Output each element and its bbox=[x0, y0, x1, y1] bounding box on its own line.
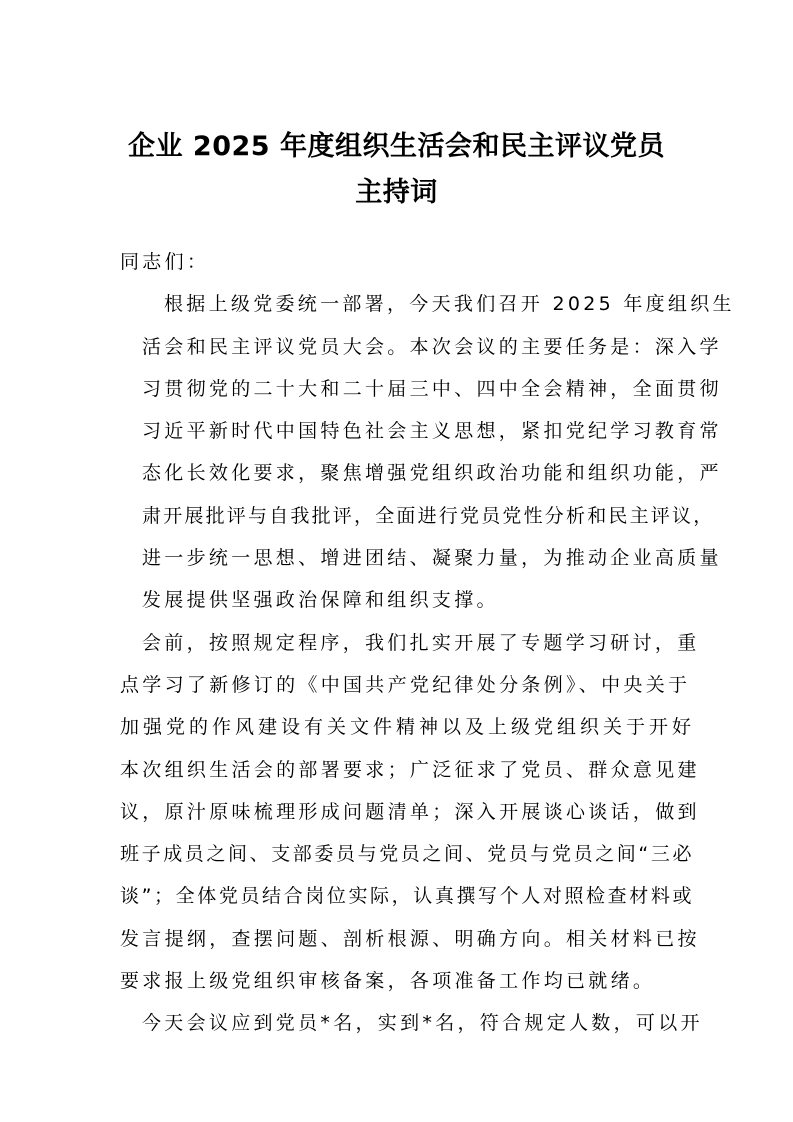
paragraph-line: 谈”；全体党员结合岗位实际，认真撰写个人对照检查材料或 bbox=[120, 875, 682, 917]
document-page: 企业 2025 年度组织生活会和民主评议党员 主持词 同志们： 根据上级党委统一… bbox=[0, 0, 793, 1122]
paragraph-line: 习贯彻党的二十大和二十届三中、四中全会精神，全面贯彻 bbox=[120, 368, 682, 410]
paragraph-line: 习近平新时代中国特色社会主义思想，紧扣党纪学习教育常 bbox=[120, 410, 682, 452]
title-line-1: 企业 2025 年度组织生活会和民主评议党员 bbox=[110, 124, 683, 170]
paragraph-line: 进一步统一思想、增进团结、凝聚力量，为推动企业高质量 bbox=[120, 537, 682, 579]
document-title: 企业 2025 年度组织生活会和民主评议党员 主持词 bbox=[110, 124, 683, 216]
paragraph-line: 班子成员之间、支部委员与党员之间、党员与党员之间“三必 bbox=[120, 833, 682, 875]
salutation-text: 同志们： bbox=[120, 241, 682, 283]
document-body: 同志们： 根据上级党委统一部署，今天我们召开 2025 年度组织生 活会和民主评… bbox=[120, 241, 682, 1045]
paragraph-line: 根据上级党委统一部署，今天我们召开 2025 年度组织生 bbox=[120, 283, 682, 325]
paragraph-2: 会前，按照规定程序，我们扎实开展了专题学习研讨，重 点学习了新修订的《中国共产党… bbox=[120, 622, 682, 1003]
paragraph-line: 态化长效化要求，聚焦增强党组织政治功能和组织功能，严 bbox=[120, 452, 682, 494]
paragraph-line: 要求报上级党组织审核备案，各项准备工作均已就绪。 bbox=[120, 960, 682, 1002]
paragraph-line: 加强党的作风建设有关文件精神以及上级党组织关于开好 bbox=[120, 706, 682, 748]
paragraph-1: 根据上级党委统一部署，今天我们召开 2025 年度组织生 活会和民主评议党员大会… bbox=[120, 283, 682, 621]
paragraph-3: 今天会议应到党员*名，实到*名，符合规定人数，可以开 bbox=[120, 1002, 682, 1044]
paragraph-line: 点学习了新修订的《中国共产党纪律处分条例》、中央关于 bbox=[120, 664, 682, 706]
paragraph-line: 肃开展批评与自我批评，全面进行党员党性分析和民主评议， bbox=[120, 495, 682, 537]
title-line-2: 主持词 bbox=[110, 170, 683, 216]
paragraph-line: 会前，按照规定程序，我们扎实开展了专题学习研讨，重 bbox=[120, 622, 682, 664]
paragraph-line: 今天会议应到党员*名，实到*名，符合规定人数，可以开 bbox=[120, 1002, 682, 1044]
paragraph-line: 发展提供坚强政治保障和组织支撑。 bbox=[120, 579, 682, 621]
paragraph-line: 本次组织生活会的部署要求；广泛征求了党员、群众意见建 bbox=[120, 749, 682, 791]
paragraph-line: 发言提纲，查摆问题、剖析根源、明确方向。相关材料已按 bbox=[120, 918, 682, 960]
salutation: 同志们： bbox=[120, 241, 682, 283]
paragraph-line: 活会和民主评议党员大会。本次会议的主要任务是：深入学 bbox=[120, 326, 682, 368]
paragraph-line: 议，原汁原味梳理形成问题清单；深入开展谈心谈话，做到 bbox=[120, 791, 682, 833]
